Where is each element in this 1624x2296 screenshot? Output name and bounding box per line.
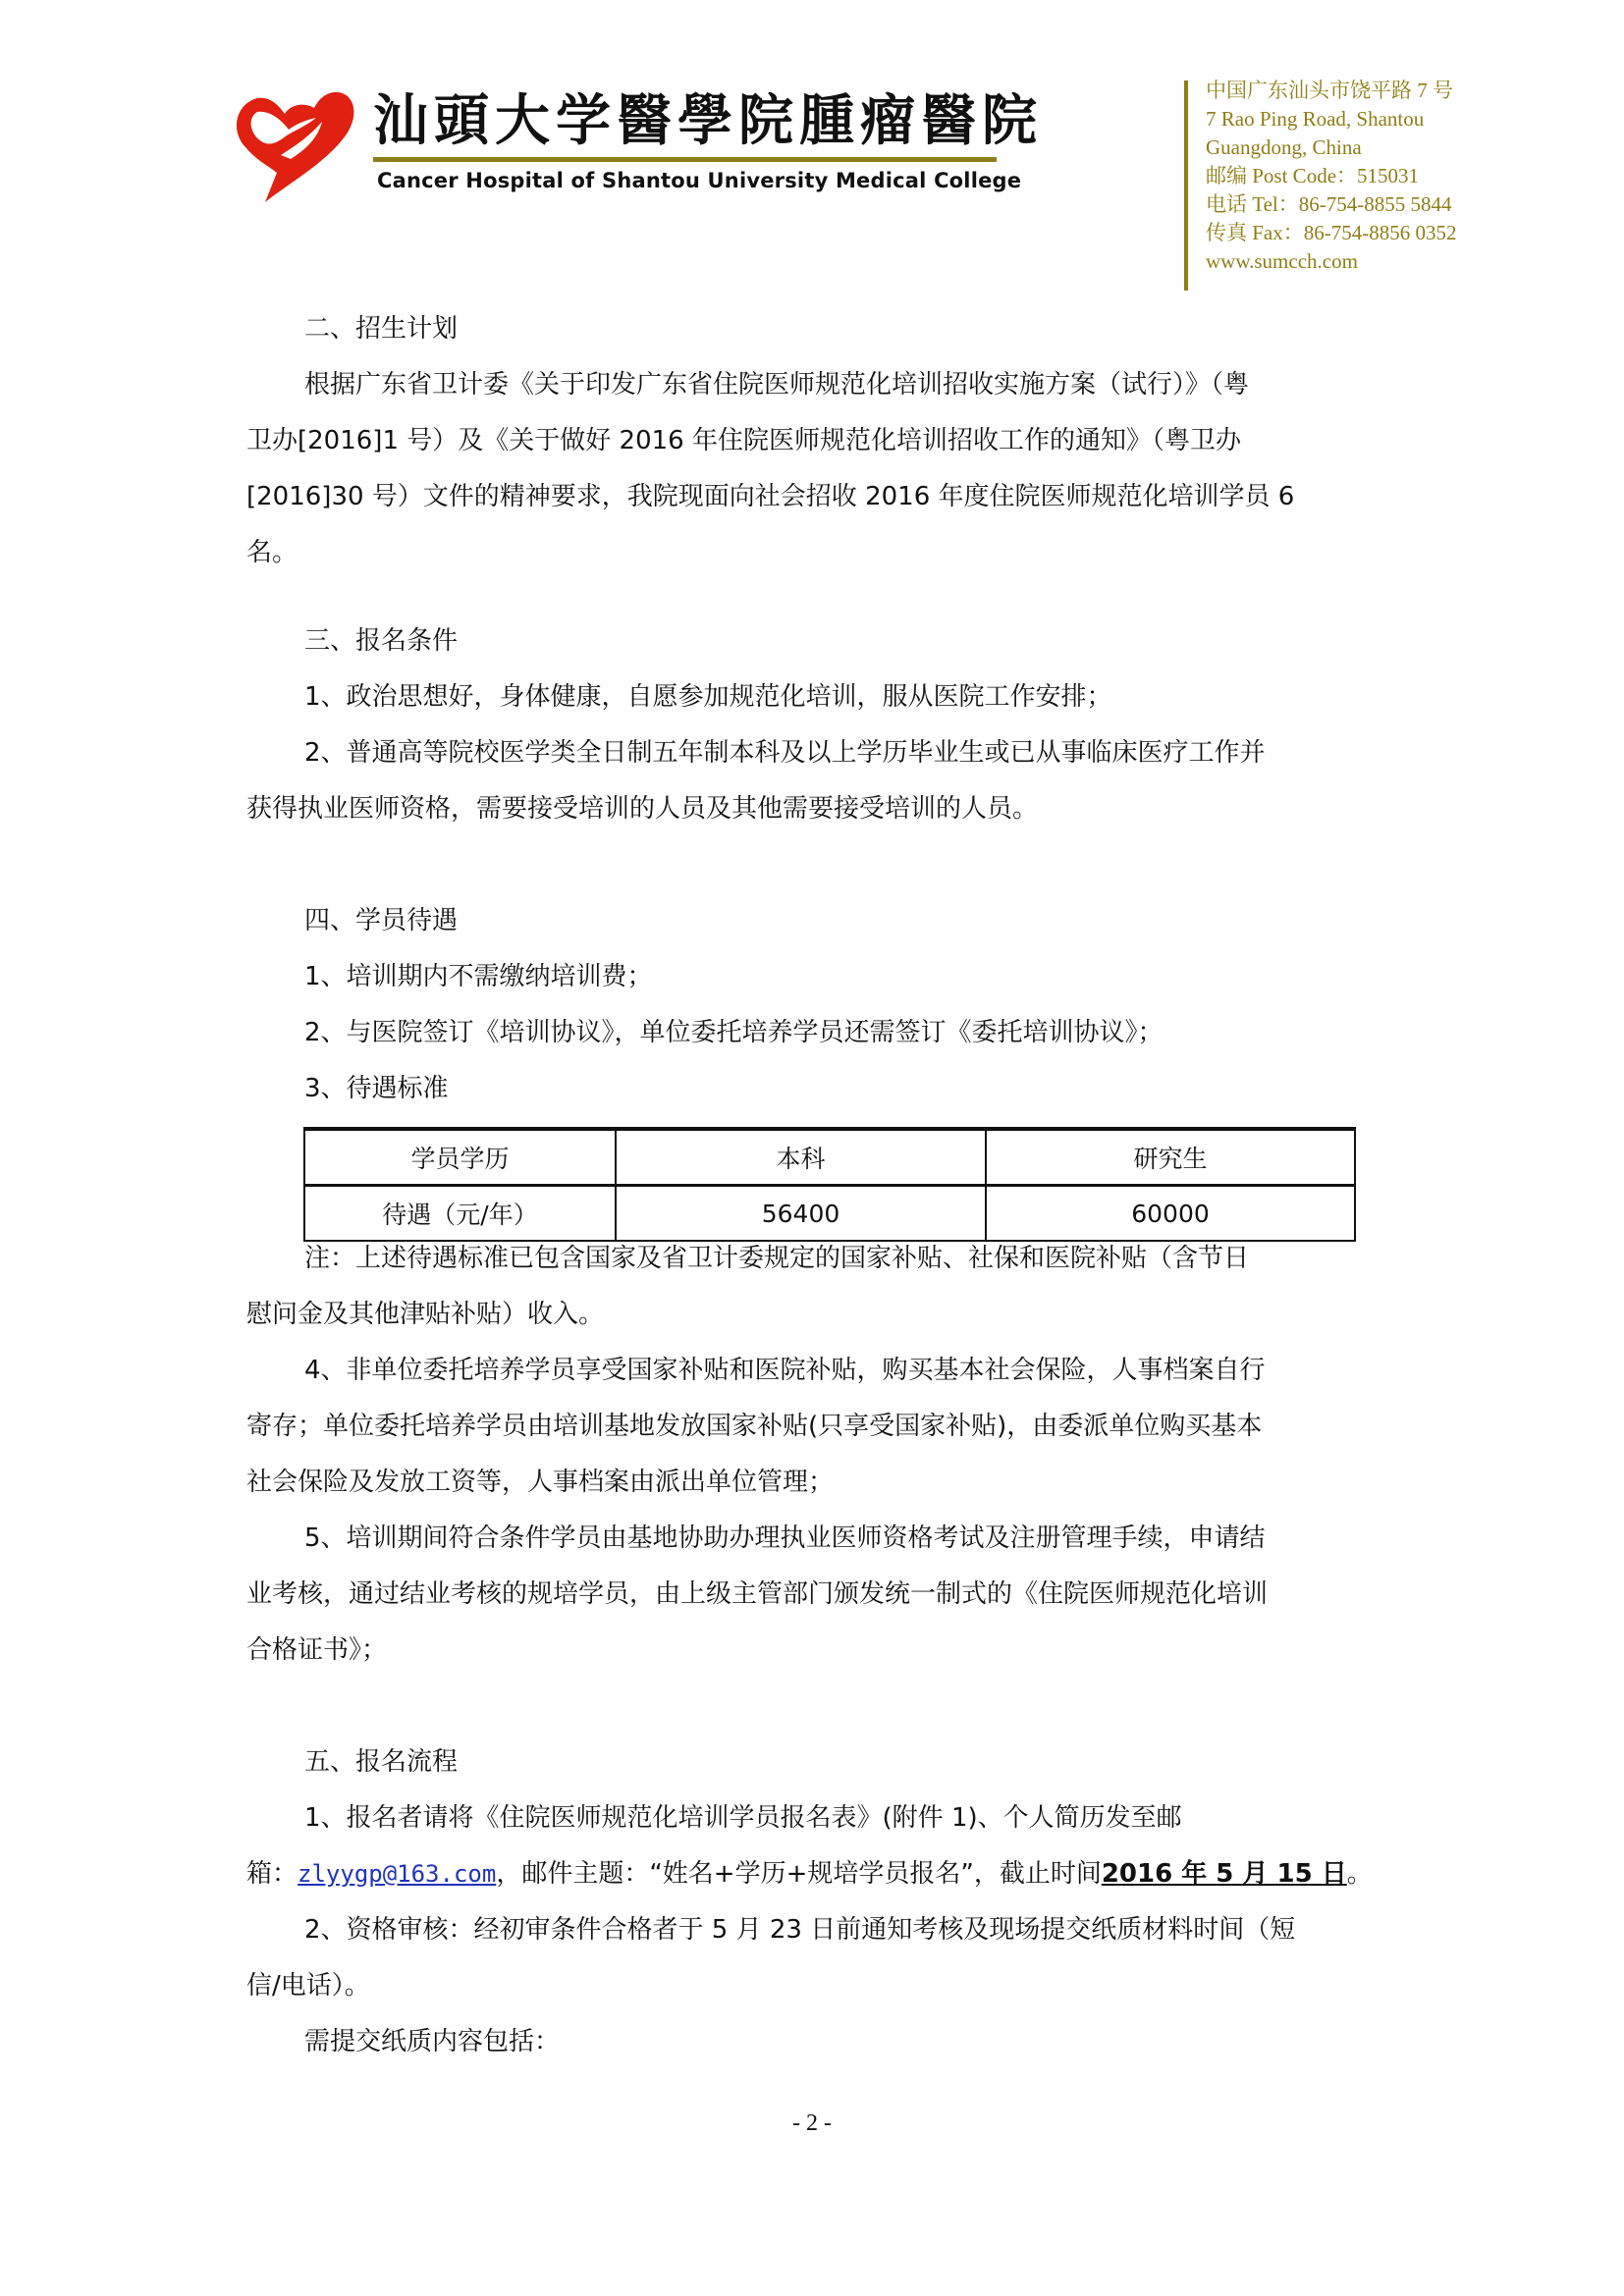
paragraph-line: 需提交纸质内容包括： — [304, 2025, 560, 2058]
table-cell: 56400 — [616, 1186, 986, 1242]
paragraph-line: 合格证书》； — [246, 1633, 387, 1667]
table-header-cell: 本科 — [616, 1129, 986, 1186]
section-heading-application-process: 五、报名流程 — [304, 1745, 458, 1779]
hospital-name-chinese: 汕頭大学醫學院腫瘤醫院 — [373, 86, 1043, 155]
website: www.sumcch.com — [1206, 247, 1457, 276]
post-code: 邮编 Post Code：515031 — [1206, 162, 1457, 190]
paragraph-line: 信/电话）。 — [246, 1969, 370, 2002]
table-cell: 60000 — [986, 1186, 1355, 1242]
paragraph-line: 卫办[2016]1 号）及《关于做好 2016 年住院医师规范化培训招收工作的通… — [246, 424, 1241, 457]
paragraph-line: 3、待遇标准 — [304, 1072, 449, 1105]
paragraph-line: 注：上述待遇标准已包含国家及省卫计委规定的国家补贴、社保和医院补贴（含节日 — [304, 1242, 1249, 1275]
period: 。 — [1347, 1859, 1373, 1889]
paragraph-line: 1、报名者请将《住院医师规范化培训学员报名表》(附件 1)、个人简历发至邮 — [304, 1801, 1182, 1835]
paragraph-line: 5、培训期间符合条件学员由基地协助办理执业医师资格考试及注册管理手续，申请结 — [304, 1522, 1266, 1555]
paragraph-line: 获得执业医师资格，需要接受培训的人员及其他需要接受培训的人员。 — [246, 792, 1038, 826]
paragraph-line: 4、非单位委托培养学员享受国家补贴和医院补贴，购买基本社会保险，人事档案自行 — [304, 1354, 1266, 1387]
paragraph-line: 名。 — [246, 536, 298, 569]
address-english-line1: 7 Rao Ping Road, Shantou — [1206, 105, 1457, 133]
section-heading-requirements: 三、报名条件 — [304, 624, 458, 658]
address-english-line2: Guangdong, China — [1206, 133, 1457, 162]
contact-divider — [1184, 80, 1188, 291]
email-link[interactable]: zlyygp@163.com — [298, 1860, 496, 1888]
table-header-cell: 学员学历 — [304, 1129, 616, 1186]
paragraph-line: 寄存；单位委托培养学员由培训基地发放国家补贴(只享受国家补贴)，由委派单位购买基… — [246, 1410, 1262, 1443]
paragraph-line: 社会保险及发放工资等，人事档案由派出单位管理； — [246, 1466, 834, 1499]
paragraph-line: 慰问金及其他津贴补贴）收入。 — [246, 1298, 604, 1331]
deadline-date: 2016 年 5 月 15 日 — [1102, 1859, 1347, 1889]
paragraph-line: 1、培训期内不需缴纳培训费； — [304, 960, 653, 993]
hospital-logo-icon — [228, 86, 365, 209]
email-label: 箱： — [246, 1859, 298, 1889]
paragraph-line: 1、政治思想好，身体健康，自愿参加规范化培训，服从医院工作安排； — [304, 680, 1112, 714]
address-chinese: 中国广东汕头市饶平路 7 号 — [1206, 77, 1457, 105]
paragraph-line: 业考核，通过结业考核的规培学员，由上级主管部门颁发统一制式的《住院医师规范化培训 — [246, 1577, 1268, 1611]
table-cell: 待遇（元/年） — [304, 1186, 616, 1242]
section-heading-benefits: 四、学员待遇 — [304, 904, 458, 937]
telephone: 电话 Tel：86-754-8855 5844 — [1206, 190, 1457, 219]
paragraph-line: 2、与医院签订《培训协议》，单位委托培养学员还需签订《委托培训协议》； — [304, 1016, 1164, 1049]
header-divider — [373, 157, 997, 162]
paragraph-line: [2016]30 号）文件的精神要求，我院现面向社会招收 2016 年度住院医师… — [246, 480, 1294, 513]
table-header-row: 学员学历 本科 研究生 — [304, 1129, 1355, 1186]
fax: 传真 Fax：86-754-8856 0352 — [1206, 219, 1457, 247]
hospital-name-english: Cancer Hospital of Shantou University Me… — [377, 169, 1021, 192]
section-heading-enrollment-plan: 二、招生计划 — [304, 312, 458, 346]
paragraph-line-email: 箱：zlyygp@163.com，邮件主题：“姓名+学历+规培学员报名”，截止时… — [246, 1857, 1373, 1891]
email-subject-text: ，邮件主题：“姓名+学历+规培学员报名”，截止时间 — [496, 1859, 1102, 1889]
contact-block: 中国广东汕头市饶平路 7 号 7 Rao Ping Road, Shantou … — [1206, 77, 1457, 276]
paragraph-line: 2、资格审核：经初审条件合格者于 5 月 23 日前通知考核及现场提交纸质材料时… — [304, 1913, 1295, 1947]
paragraph-line: 2、普通高等院校医学类全日制五年制本科及以上学历毕业生或已从事临床医疗工作并 — [304, 736, 1266, 770]
benefits-table: 学员学历 本科 研究生 待遇（元/年） 56400 60000 — [303, 1127, 1356, 1242]
table-header-cell: 研究生 — [986, 1129, 1355, 1186]
table-row: 待遇（元/年） 56400 60000 — [304, 1186, 1355, 1242]
page-number: - 2 - — [0, 2110, 1624, 2137]
paragraph-line: 根据广东省卫计委《关于印发广东省住院医师规范化培训招收实施方案（试行）》（粤 — [304, 368, 1249, 401]
